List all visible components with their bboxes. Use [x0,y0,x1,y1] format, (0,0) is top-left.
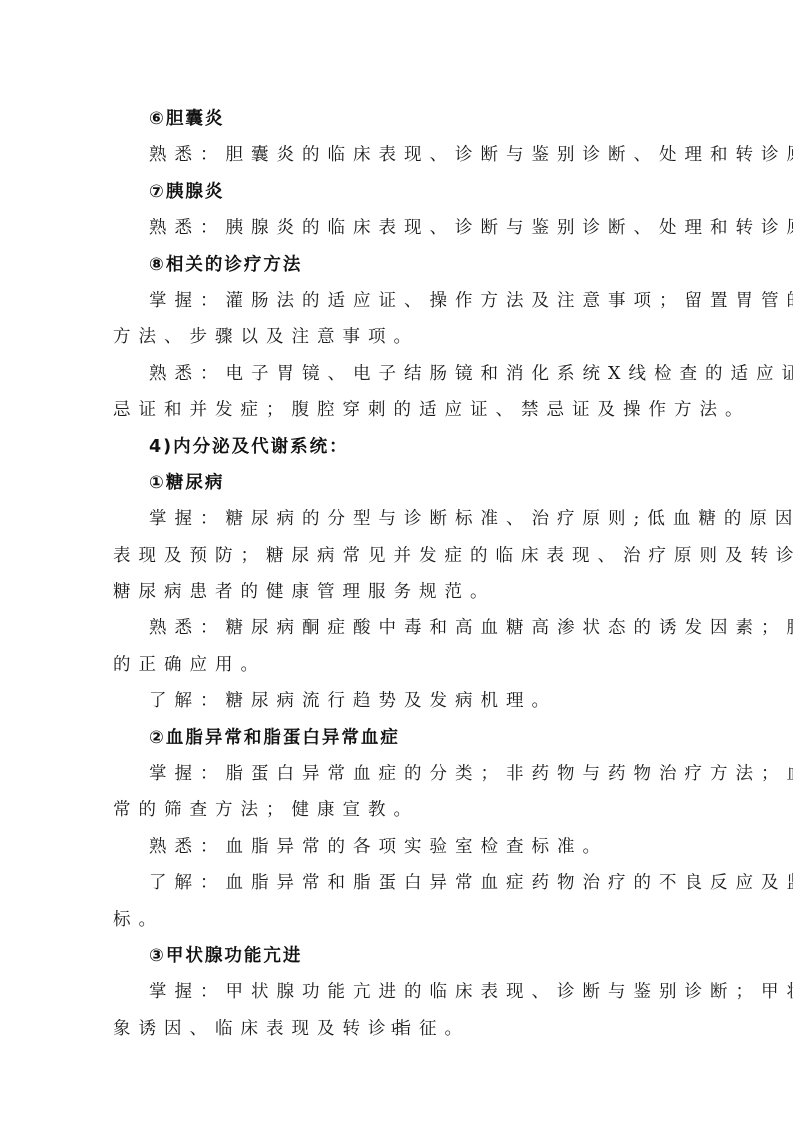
page-number: 13 [0,1020,793,1036]
section-heading-endocrine: 4)内分泌及代谢系统： [113,429,673,465]
paragraph-line: 熟悉：电子胃镜、电子结肠镜和消化系统X线检查的适应证、禁 [113,356,673,392]
section-heading-diagnostic-methods: ⑧相关的诊疗方法 [113,247,673,283]
paragraph-line: 了解：糖尿病流行趋势及发病机理。 [113,683,673,719]
paragraph-line: 方法、步骤以及注意事项。 [113,319,673,355]
paragraph-line: 掌握：灌肠法的适应证、操作方法及注意事项；留置胃管的操作 [113,283,673,319]
paragraph-line: 熟悉：血脂异常的各项实验室检查标准。 [113,829,673,865]
paragraph-line: 掌握：糖尿病的分型与诊断标准、治疗原则;低血糖的原因、临床 [113,501,673,537]
paragraph-line: 了解：血脂异常和脂蛋白异常血症药物治疗的不良反应及监测指 [113,865,673,901]
paragraph-line: 掌握：脂蛋白异常血症的分类；非药物与药物治疗方法；血脂异 [113,756,673,792]
section-heading-diabetes: ①糖尿病 [113,465,673,501]
paragraph-line: 掌握：甲状腺功能亢进的临床表现、诊断与鉴别诊断；甲状腺危 [113,974,673,1010]
document-body: ⑥胆囊炎 熟悉：胆囊炎的临床表现、诊断与鉴别诊断、处理和转诊原则。 ⑦胰腺炎 熟… [113,101,673,1047]
paragraph-line: 糖尿病患者的健康管理服务规范。 [113,574,673,610]
paragraph-line: 熟悉：胰腺炎的临床表现、诊断与鉴别诊断、处理和转诊原则。 [113,210,673,246]
paragraph-line: 的正确应用。 [113,647,673,683]
paragraph-line: 熟悉：胆囊炎的临床表现、诊断与鉴别诊断、处理和转诊原则。 [113,137,673,173]
section-heading-pancreatitis: ⑦胰腺炎 [113,174,673,210]
paragraph-line: 熟悉：糖尿病酮症酸中毒和高血糖高渗状态的诱发因素；胰岛素 [113,610,673,646]
section-heading-hyperthyroidism: ③甲状腺功能亢进 [113,938,673,974]
paragraph-line: 常的筛查方法；健康宣教。 [113,792,673,828]
section-heading-dyslipidemia: ②血脂异常和脂蛋白异常血症 [113,720,673,756]
section-heading-cholecystitis: ⑥胆囊炎 [113,101,673,137]
paragraph-line: 表现及预防；糖尿病常见并发症的临床表现、治疗原则及转诊指征； [113,538,673,574]
paragraph-line: 标。 [113,902,673,938]
paragraph-line: 忌证和并发症；腹腔穿刺的适应证、禁忌证及操作方法。 [113,392,673,428]
